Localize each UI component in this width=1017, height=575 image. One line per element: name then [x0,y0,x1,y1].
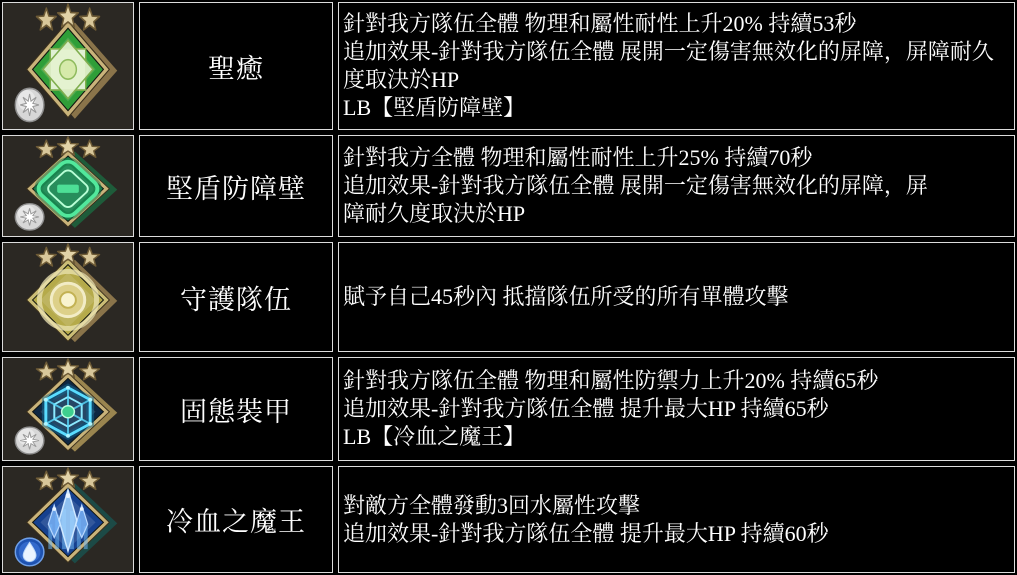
light-element-badge-icon [15,88,44,121]
skill-table: 聖癒 針對我方隊伍全體 物理和屬性耐性上升20% 持續53秒 追加效果-針對我方… [0,0,1017,575]
skill-name: 冷血之魔王 [166,500,306,539]
description-line: 針對我方隊伍全體 物理和屬性耐性上升20% 持續53秒 [343,10,1010,38]
light-element-badge-icon [15,427,44,454]
skill-description-cell: 賦予自己45秒內 抵擋隊伍所受的所有單體攻擊 [338,242,1015,352]
skill-name-cell: 聖癒 [139,2,333,130]
description-line: 度取決於HP [343,66,1010,94]
skill-gem-icon [3,467,133,572]
skill-name-cell: 固態裝甲 [139,357,333,461]
description-line: 對敵方全體發動3回水屬性攻擊 [343,492,1010,520]
skill-gem-icon [3,358,133,460]
skill-icon-cell [2,135,134,237]
skill-gem-icon [3,243,133,351]
water-element-badge-icon [15,538,44,566]
description-line: 針對我方全體 物理和屬性耐性上升25% 持續70秒 [343,144,1010,172]
description-line: 追加效果-針對我方隊伍全體 展開一定傷害無效化的屏障，屏 [343,172,1010,200]
skill-name-cell: 冷血之魔王 [139,466,333,573]
description-line: 賦予自己45秒內 抵擋隊伍所受的所有單體攻擊 [343,283,1010,311]
skill-name: 守護隊伍 [180,278,292,317]
description-line: 針對我方隊伍全體 物理和屬性防禦力上升20% 持續65秒 [343,367,1010,395]
skill-name-cell: 堅盾防障壁 [139,135,333,237]
skill-name: 聖癒 [208,47,264,86]
description-line: 追加效果-針對我方隊伍全體 提升最大HP 持續65秒 [343,395,1010,423]
skill-name-cell: 守護隊伍 [139,242,333,352]
skill-description-cell: 對敵方全體發動3回水屬性攻擊 追加效果-針對我方隊伍全體 提升最大HP 持續60… [338,466,1015,573]
light-element-badge-icon [15,204,44,230]
skill-description-cell: 針對我方隊伍全體 物理和屬性防禦力上升20% 持續65秒 追加效果-針對我方隊伍… [338,357,1015,461]
skill-gem-icon [3,3,133,129]
skill-icon-cell [2,357,134,461]
description-line: 追加效果-針對我方隊伍全體 提升最大HP 持續60秒 [343,520,1010,548]
description-line: LB【冷血之魔王】 [343,423,1010,451]
skill-icon-cell [2,2,134,130]
skill-description-cell: 針對我方隊伍全體 物理和屬性耐性上升20% 持續53秒 追加效果-針對我方隊伍全… [338,2,1015,130]
description-line: 障耐久度取決於HP [343,200,1010,228]
skill-name: 固態裝甲 [180,390,292,429]
skill-icon-cell [2,466,134,573]
description-line: 追加效果-針對我方隊伍全體 展開一定傷害無效化的屏障，屏障耐久 [343,38,1010,66]
skill-gem-icon [3,136,133,236]
description-line: LB【堅盾防障壁】 [343,94,1010,122]
skill-name: 堅盾防障壁 [166,167,306,206]
skill-icon-cell [2,242,134,352]
skill-description-cell: 針對我方全體 物理和屬性耐性上升25% 持續70秒 追加效果-針對我方隊伍全體 … [338,135,1015,237]
